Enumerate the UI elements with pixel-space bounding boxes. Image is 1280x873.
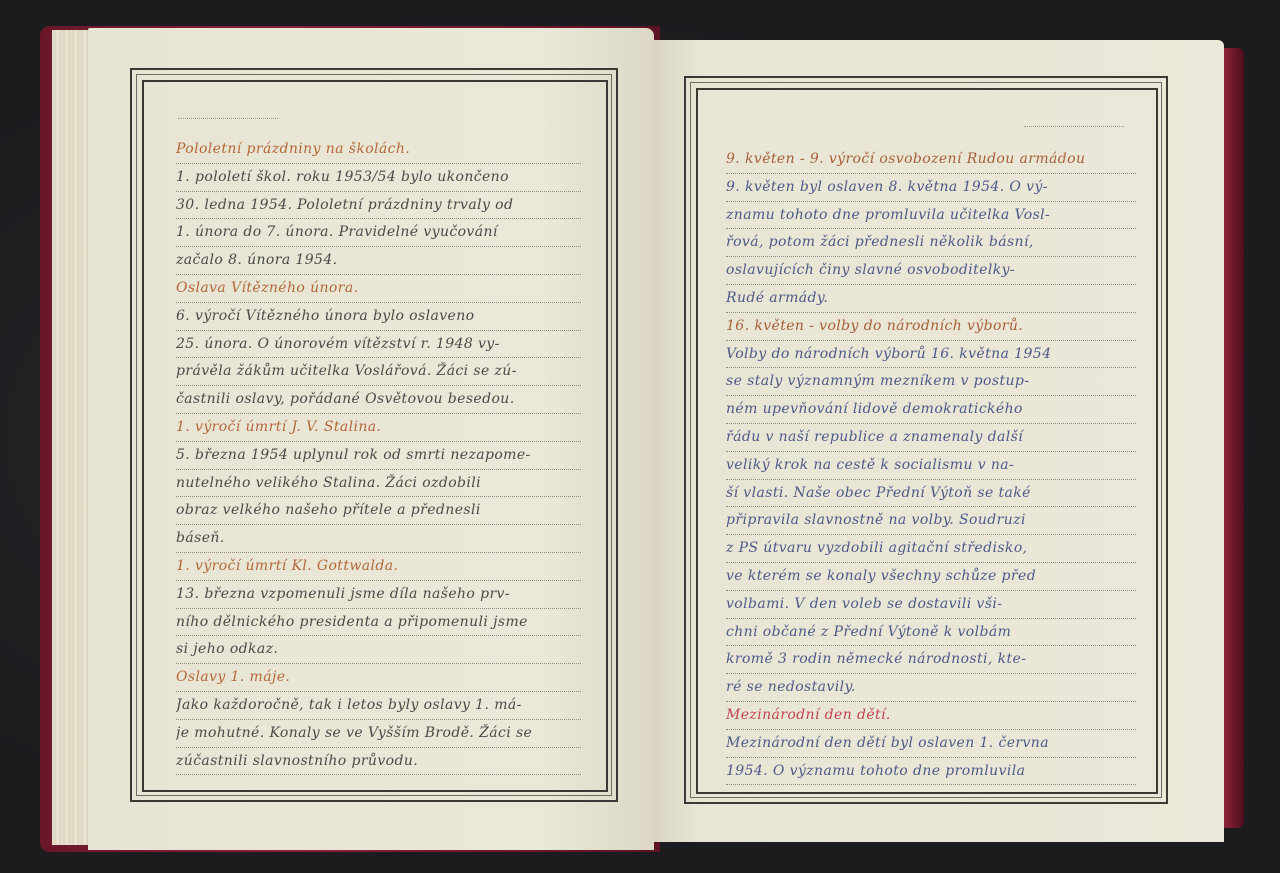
handwritten-line: právěla žákům učitelka Voslářová. Žáci s… xyxy=(176,358,581,386)
handwritten-line: 9. květen byl oslaven 8. května 1954. O … xyxy=(726,174,1136,202)
right-page-text: 9. květen - 9. výročí osvobození Rudou a… xyxy=(726,146,1136,785)
handwritten-line: volbami. V den voleb se dostavili vši- xyxy=(726,591,1136,619)
handwritten-line: ré se nedostavily. xyxy=(726,674,1136,702)
handwritten-line: ního dělnického presidenta a připomenuli… xyxy=(176,609,581,637)
handwritten-line: řová, potom žáci přednesli několik básní… xyxy=(726,229,1136,257)
handwritten-line: 13. března vzpomenuli jsme díla našeho p… xyxy=(176,581,581,609)
handwritten-line: z PS útvaru vyzdobili agitační středisko… xyxy=(726,535,1136,563)
handwritten-line: obraz velkého našeho přítele a přednesli xyxy=(176,497,581,525)
handwritten-line: Jako každoročně, tak i letos byly oslavy… xyxy=(176,692,581,720)
handwritten-line: 1. února do 7. února. Pravidelné vyučová… xyxy=(176,219,581,247)
section-heading: 16. květen - volby do národních výborů. xyxy=(726,313,1136,341)
page-stack xyxy=(52,30,92,845)
handwritten-line: řádu v naší republice a znamenaly další xyxy=(726,424,1136,452)
handwritten-line: 6. výročí Vítězného února bylo oslaveno xyxy=(176,303,581,331)
header-rule xyxy=(178,118,278,120)
handwritten-line: 25. února. O únorovém vítězství r. 1948 … xyxy=(176,331,581,359)
handwritten-line: si jeho odkaz. xyxy=(176,636,581,664)
header-rule xyxy=(1024,126,1124,128)
section-heading: 1. výročí úmrtí Kl. Gottwalda. xyxy=(176,553,581,581)
handwritten-line: Mezinárodní den dětí byl oslaven 1. červ… xyxy=(726,730,1136,758)
handwritten-line: chni občané z Přední Výtoně k volbám xyxy=(726,619,1136,647)
handwritten-line: zúčastnili slavnostního průvodu. xyxy=(176,748,581,776)
section-heading: Oslava Vítězného února. xyxy=(176,275,581,303)
handwritten-line: se staly významným mezníkem v postup- xyxy=(726,368,1136,396)
handwritten-line: začalo 8. února 1954. xyxy=(176,247,581,275)
section-heading: 1. výročí úmrtí J. V. Stalina. xyxy=(176,414,581,442)
handwritten-line: ve kterém se konaly všechny schůze před xyxy=(726,563,1136,591)
handwritten-line: je mohutné. Konaly se ve Vyšším Brodě. Ž… xyxy=(176,720,581,748)
handwritten-line: častnili oslavy, pořádané Osvětovou bese… xyxy=(176,386,581,414)
section-heading: 9. květen - 9. výročí osvobození Rudou a… xyxy=(726,146,1136,174)
handwritten-line: 1954. O významu tohoto dne promluvila xyxy=(726,758,1136,786)
handwritten-line: 5. března 1954 uplynul rok od smrti neza… xyxy=(176,442,581,470)
handwritten-line: znamu tohoto dne promluvila učitelka Vos… xyxy=(726,202,1136,230)
right-page: 9. květen - 9. výročí osvobození Rudou a… xyxy=(654,40,1224,842)
handwritten-line: Rudé armády. xyxy=(726,285,1136,313)
handwritten-line: připravila slavnostně na volby. Soudruzi xyxy=(726,507,1136,535)
section-heading: Oslavy 1. máje. xyxy=(176,664,581,692)
handwritten-line: oslavujících činy slavné osvoboditelky- xyxy=(726,257,1136,285)
handwritten-line: ší vlasti. Naše obec Přední Výtoň se tak… xyxy=(726,480,1136,508)
handwritten-line: 30. ledna 1954. Pololetní prázdniny trva… xyxy=(176,192,581,220)
handwritten-line: nutelného velikého Stalina. Žáci ozdobil… xyxy=(176,470,581,498)
section-heading: Pololetní prázdniny na školách. xyxy=(176,136,581,164)
handwritten-line: ném upevňování lidově demokratického xyxy=(726,396,1136,424)
left-page-text: Pololetní prázdniny na školách.1. polole… xyxy=(176,136,581,775)
handwritten-line: kromě 3 rodin německé národnosti, kte- xyxy=(726,646,1136,674)
handwritten-line: báseň. xyxy=(176,525,581,553)
section-heading: Mezinárodní den dětí. xyxy=(726,702,1136,730)
handwritten-line: veliký krok na cestě k socialismu v na- xyxy=(726,452,1136,480)
handwritten-line: 1. pololetí škol. roku 1953/54 bylo ukon… xyxy=(176,164,581,192)
left-page: Pololetní prázdniny na školách.1. polole… xyxy=(88,28,654,850)
handwritten-line: Volby do národních výborů 16. května 195… xyxy=(726,341,1136,369)
